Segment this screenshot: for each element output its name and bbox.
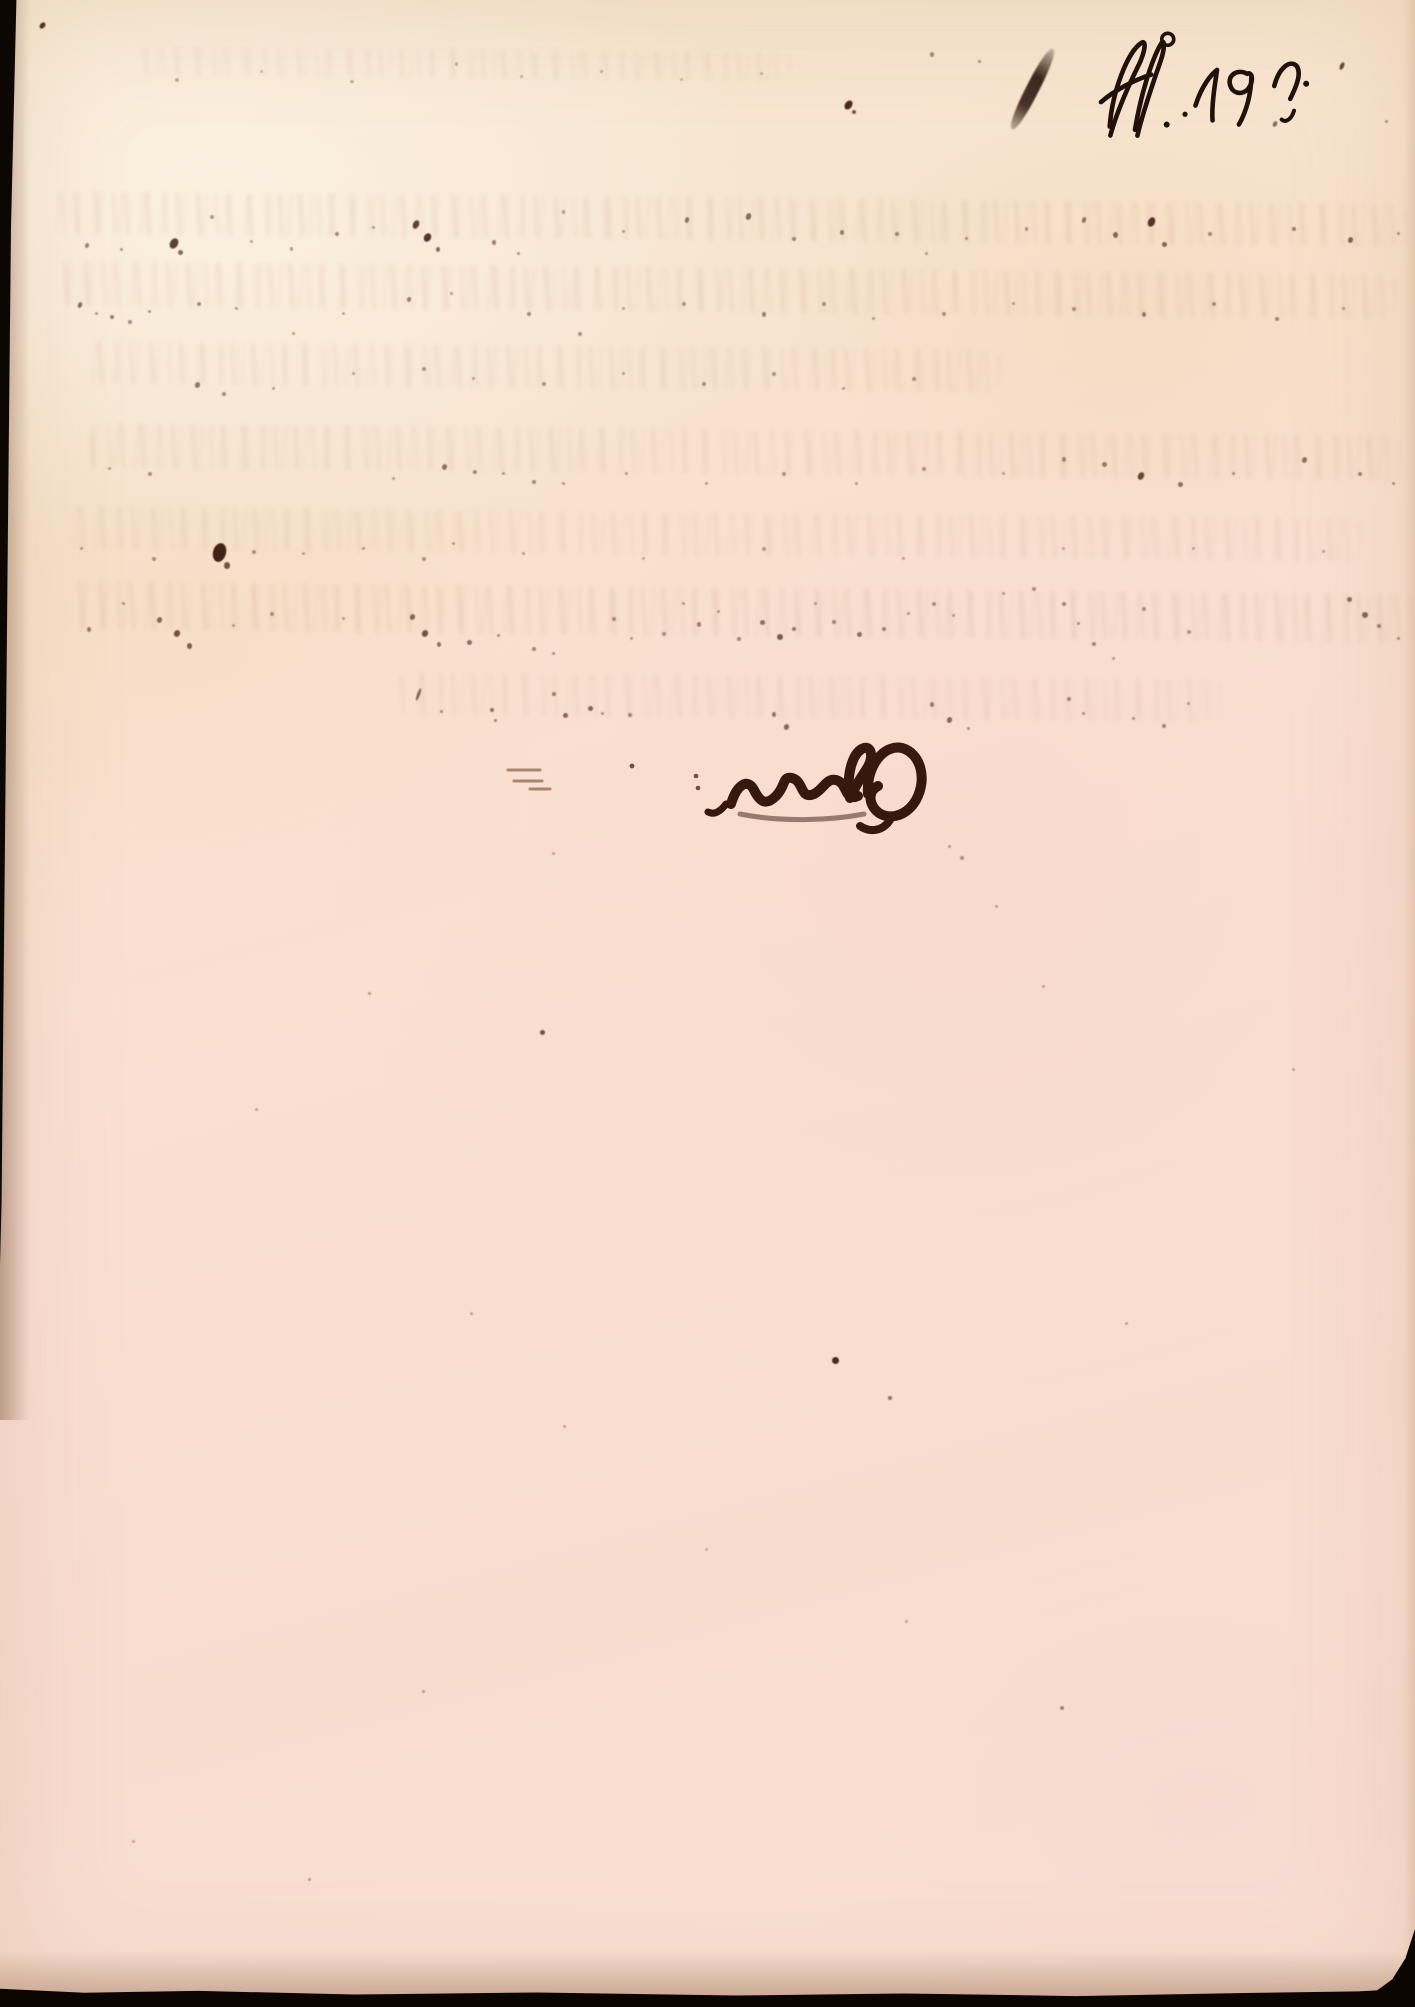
ink-speck (1125, 1322, 1128, 1325)
scanned-manuscript-page: fº. 192. (0, 0, 1415, 2007)
ink-speck (472, 377, 475, 380)
ink-speck (255, 1108, 258, 1111)
ink-speck (1062, 547, 1065, 550)
ink-speck (772, 712, 776, 717)
ink-speck (1082, 712, 1085, 715)
ink-speck (252, 550, 256, 554)
ink-speck (1275, 317, 1279, 321)
paper-bottom-curl-shadow (0, 1951, 1415, 1997)
ink-speck (702, 382, 706, 386)
folio-annotation (1048, 17, 1328, 154)
ink-speck (473, 470, 477, 474)
ink-speck (1292, 1068, 1295, 1071)
ink-speck (882, 627, 886, 631)
ink-speck (522, 552, 525, 555)
ink-speck (832, 1357, 839, 1364)
ink-speck (1102, 462, 1107, 467)
ink-speck (952, 614, 955, 617)
ink-speck (995, 905, 998, 908)
ink-speck (422, 367, 426, 371)
ink-speck (601, 712, 604, 715)
ink-speck (682, 302, 686, 306)
ink-speck (842, 387, 845, 390)
ink-speck (1322, 550, 1325, 553)
ink-speck (270, 612, 274, 616)
ink-speck (368, 992, 371, 995)
ink-speck (542, 382, 546, 386)
ink-speck (965, 237, 968, 240)
ink-speck (782, 472, 786, 476)
ink-speck (857, 632, 862, 637)
ink-speck (1212, 302, 1216, 306)
ink-speck (622, 230, 625, 233)
ink-speck (563, 713, 568, 718)
ink-speck (855, 482, 858, 485)
ink-speck (362, 547, 365, 550)
ink-speck (342, 312, 345, 315)
ink-speck (902, 557, 905, 560)
ink-speck (1072, 307, 1076, 311)
ink-speck (905, 1620, 908, 1623)
ink-speck (978, 60, 981, 63)
bleedthrough-line (400, 672, 1220, 722)
ink-speck (350, 80, 354, 83)
ink-speck (680, 78, 683, 81)
ink-speck (1392, 482, 1395, 485)
ink-speck (792, 237, 796, 241)
ink-speck (128, 320, 132, 324)
ink-speck (540, 1030, 545, 1035)
ink-speck (907, 612, 910, 615)
ink-speck (335, 232, 339, 236)
ink-speck (1142, 312, 1146, 317)
ink-speck (832, 620, 836, 624)
ink-speck (1067, 697, 1071, 701)
ink-speck (762, 312, 766, 317)
ink-speck (532, 480, 536, 484)
ink-speck (642, 557, 645, 560)
ink-speck (737, 637, 741, 641)
ink-speck (210, 215, 214, 219)
ink-speck (1042, 985, 1045, 988)
ink-speck (922, 467, 926, 471)
ink-speck (814, 602, 817, 605)
ink-speck (1342, 307, 1345, 310)
ink-speck (1062, 602, 1066, 606)
ink-speck (1062, 457, 1066, 462)
ink-speck (1178, 482, 1183, 487)
ink-speck (452, 542, 455, 545)
ink-speck (148, 472, 152, 476)
ink-speck (552, 652, 555, 655)
ink-speck (302, 552, 305, 555)
ink-speck (308, 1878, 311, 1881)
ink-speck (450, 292, 453, 295)
ink-speck (502, 472, 505, 475)
ink-speck (80, 547, 83, 550)
ink-speck (662, 632, 666, 636)
ink-speck (490, 708, 494, 712)
ink-speck (840, 230, 844, 235)
ink-speck (552, 852, 555, 855)
ink-speck (1092, 642, 1096, 646)
ink-speck (492, 240, 496, 245)
ink-speck (120, 248, 123, 251)
ink-speck (930, 702, 934, 707)
ink-speck (232, 624, 235, 627)
ink-speck (290, 247, 293, 251)
ink-speck (1162, 242, 1167, 247)
ink-speck (562, 482, 565, 485)
ink-speck (1187, 630, 1191, 634)
ink-speck (772, 372, 776, 376)
ink-speck (630, 637, 633, 640)
ink-speck (272, 387, 275, 390)
ink-speck (1025, 227, 1028, 231)
ink-speck (260, 70, 263, 73)
ink-speck (777, 634, 783, 640)
ink-speck (960, 856, 964, 860)
ink-speck (1002, 592, 1005, 595)
ink-speck (152, 557, 156, 561)
ink-speck (352, 372, 355, 375)
ink-speck (470, 1312, 473, 1315)
ink-speck (697, 622, 701, 627)
ink-speck (224, 562, 230, 569)
ink-speck (532, 647, 536, 651)
ink-speck (930, 52, 934, 57)
signature-ink-bleedthrough (498, 726, 970, 850)
ink-speck (1142, 607, 1146, 611)
ink-speck (1012, 302, 1015, 305)
ink-speck (625, 472, 628, 475)
ink-speck (562, 210, 565, 214)
ink-speck (852, 110, 856, 114)
ink-speck (467, 640, 472, 645)
ink-speck (1060, 1706, 1064, 1710)
ink-speck (628, 713, 632, 717)
ink-speck (1002, 472, 1005, 475)
ink-speck (1358, 472, 1362, 476)
ink-speck (792, 627, 796, 631)
ink-speck (1113, 232, 1118, 238)
ink-speck (175, 78, 179, 82)
ink-speck (682, 602, 685, 605)
paper-edge-right-shading (1403, 0, 1415, 2007)
ink-speck (1192, 547, 1195, 550)
ink-speck (622, 372, 625, 375)
ink-speck (717, 610, 720, 613)
ink-speck (552, 692, 556, 696)
ink-speck (497, 634, 500, 637)
ink-speck (372, 226, 375, 229)
ink-speck (612, 617, 616, 621)
ink-speck (1347, 597, 1352, 602)
ink-speck (760, 620, 765, 625)
ink-speck (222, 392, 226, 396)
ink-speck (888, 1396, 892, 1400)
ink-speck (600, 70, 603, 73)
ink-speck (588, 706, 593, 711)
ink-speck (292, 332, 295, 335)
ink-speck (705, 482, 708, 485)
ink-speck (622, 307, 625, 310)
ink-speck (1077, 622, 1080, 625)
ink-speck (1397, 637, 1400, 640)
ink-speck (422, 557, 426, 561)
ink-speck (1232, 472, 1235, 475)
ink-speck (1112, 657, 1115, 660)
ink-speck (1162, 724, 1166, 728)
ink-speck (1385, 120, 1388, 123)
ink-speck (250, 240, 253, 243)
ink-speck (178, 250, 183, 255)
ink-speck (942, 312, 946, 316)
ink-speck (235, 307, 238, 310)
ink-speck (132, 1840, 135, 1843)
ink-speck (494, 719, 497, 722)
ink-speck (822, 302, 826, 306)
ink-speck (110, 315, 114, 319)
ink-speck (455, 62, 458, 66)
ink-speck (705, 1548, 708, 1551)
ink-speck (422, 1690, 425, 1693)
ink-speck (762, 547, 766, 551)
ink-speck (517, 252, 520, 255)
ink-speck (148, 310, 151, 313)
ink-speck (1187, 702, 1190, 705)
ink-speck (436, 247, 440, 252)
ink-speck (760, 72, 763, 75)
ink-speck (1377, 624, 1381, 628)
ink-speck (872, 317, 875, 320)
ink-speck (108, 467, 111, 470)
ink-speck (87, 627, 91, 632)
ink-speck (932, 602, 936, 606)
ink-speck (187, 643, 192, 649)
ink-speck (342, 617, 345, 620)
ink-speck (563, 1425, 566, 1428)
ink-speck (1397, 232, 1400, 235)
ink-speck (437, 642, 441, 647)
ink-speck (895, 232, 899, 236)
ink-speck (95, 312, 98, 315)
ink-speck (1292, 227, 1296, 231)
ink-speck (122, 602, 125, 605)
ink-speck (1132, 717, 1135, 720)
ink-speck (578, 332, 582, 336)
ink-speck (392, 477, 395, 480)
ink-speck (912, 377, 916, 381)
ink-speck (925, 252, 928, 255)
ink-speck (440, 710, 443, 713)
ink-speck (1032, 587, 1036, 591)
ink-speck (520, 75, 523, 78)
ink-speck (1208, 232, 1212, 236)
ink-speck (527, 312, 531, 316)
ink-speck (197, 302, 201, 306)
